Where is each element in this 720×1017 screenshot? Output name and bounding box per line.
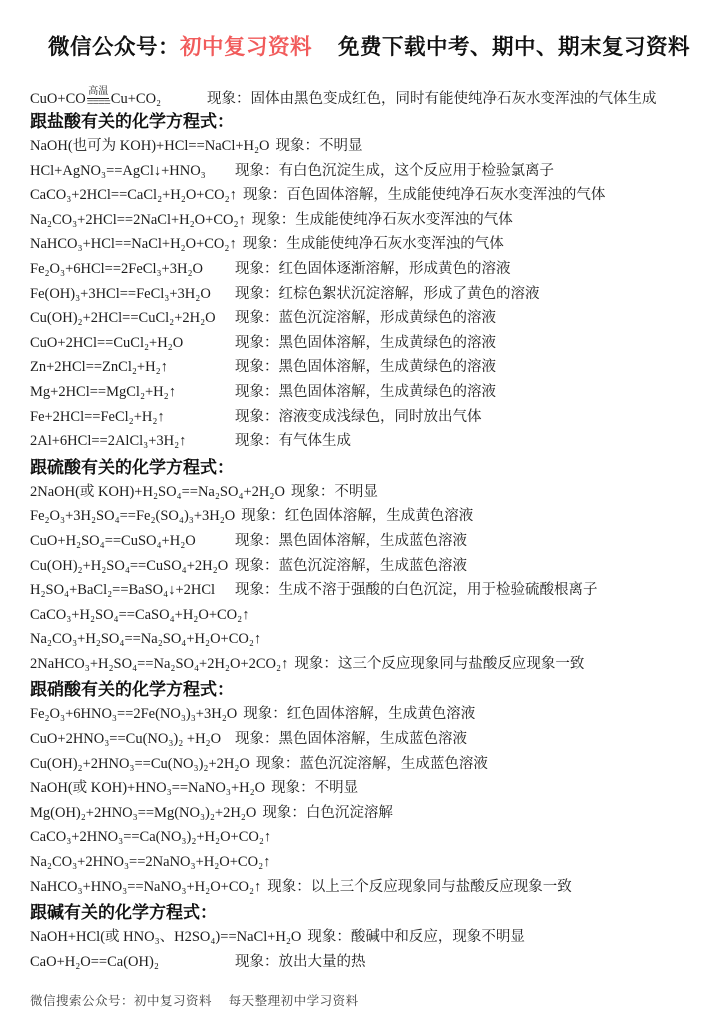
equation: Na₂CO₃+H₂SO₄==Na₂SO₄+H₂O+CO₂↑	[30, 627, 267, 652]
phenomenon: 现象：红色固体溶解，生成黄色溶液	[243, 702, 475, 727]
header-prefix: 微信公众号：	[48, 30, 180, 61]
phenomenon: 现象：黑色固体溶解，生成蓝色溶液	[235, 727, 467, 752]
equation-line-intro: CuO+CO高温====Cu+CO₂ 现象：固体由黑色变成红色，同时有能使纯净石…	[30, 74, 694, 108]
phenomenon: 现象：黑色固体溶解，生成黄绿色的溶液	[235, 331, 496, 356]
equation-line: NaHCO₃+HNO₃==NaNO₃+H₂O+CO₂↑ 现象：以上三个反应现象同…	[30, 875, 694, 900]
phenomenon: 现象：固体由黑色变成红色，同时有能使纯净石灰水变浑浊的气体生成	[207, 87, 657, 108]
equation-line: NaHCO₃+HCl==NaCl+H₂O+CO₂↑ 现象：生成能使纯净石灰水变浑…	[30, 232, 694, 257]
equation: NaOH(也可为 KOH)+HCl==NaCl+H₂O	[30, 134, 276, 159]
phenomenon: 现象：红色固体逐渐溶解，形成黄色的溶液	[235, 257, 511, 282]
phenomenon: 现象：有气体生成	[235, 429, 351, 454]
equation: Fe(OH)₃+3HCl==FeCl₃+3H₂O	[30, 282, 235, 307]
section-title-hno3: 跟硝酸有关的化学方程式：	[30, 677, 694, 702]
equation-line: 2NaHCO₃+H₂SO₄==Na₂SO₄+2H₂O+2CO₂↑ 现象：这三个反…	[30, 652, 694, 677]
equation-line: Mg+2HCl==MgCl₂+H₂↑ 现象：黑色固体溶解，生成黄绿色的溶液	[30, 380, 694, 405]
phenomenon: 现象：黑色固体溶解，生成蓝色溶液	[235, 529, 467, 554]
equation: Na₂CO₃+2HNO₃==2NaNO₃+H₂O+CO₂↑	[30, 850, 276, 875]
phenomenon: 现象：百色固体溶解，生成能使纯净石灰水变浑浊的气体	[243, 183, 606, 208]
equation-line: Zn+2HCl==ZnCl₂+H₂↑ 现象：黑色固体溶解，生成黄绿色的溶液	[30, 355, 694, 380]
phenomenon: 现象：生成能使纯净石灰水变浑浊的气体	[252, 208, 513, 233]
phenomenon: 现象：不明显	[271, 776, 358, 801]
equation: 2Al+6HCl==2AlCl₃+3H₂↑	[30, 429, 235, 454]
brand-name: 初中复习资料	[180, 30, 312, 61]
section-title-hcl: 跟盐酸有关的化学方程式：	[30, 109, 694, 134]
equation: Fe₂O₃+6HCl==2FeCl₃+3H₂O	[30, 257, 235, 282]
equation: H₂SO₄+BaCl₂==BaSO₄↓+2HCl	[30, 578, 235, 603]
equation-line: Cu(OH)₂+2HCl==CuCl₂+2H₂O 现象：蓝色沉淀溶解，形成黄绿色…	[30, 306, 694, 331]
equation-line: Fe₂O₃+3H₂SO₄==Fe₂(SO₄)₃+3H₂O 现象：红色固体溶解，生…	[30, 504, 694, 529]
equation: CuO+2HCl==CuCl₂+H₂O	[30, 331, 235, 356]
phenomenon: 现象：不明显	[276, 134, 363, 159]
phenomenon: 现象：生成能使纯净石灰水变浑浊的气体	[243, 232, 504, 257]
equation-line: CuO+2HCl==CuCl₂+H₂O 现象：黑色固体溶解，生成黄绿色的溶液	[30, 331, 694, 356]
equation: HCl+AgNO₃==AgCl↓+HNO₃	[30, 159, 235, 184]
footer-note: 微信搜索公众号：初中复习资料 每天整理初中学习资料	[30, 991, 694, 1009]
phenomenon: 现象：生成不溶于强酸的白色沉淀，用于检验硫酸根离子	[235, 578, 598, 603]
equation-line: 2NaOH(或 KOH)+H₂SO₄==Na₂SO₄+2H₂O 现象：不明显	[30, 480, 694, 505]
equation: CaCO₃+2HNO₃==Ca(NO₃)₂+H₂O+CO₂↑	[30, 825, 277, 850]
equals-sign: ====	[87, 96, 110, 108]
equation: CuO+H₂SO₄==CuSO₄+H₂O	[30, 529, 235, 554]
equation-line: Mg(OH)₂+2HNO₃==Mg(NO₃)₂+2H₂O 现象：白色沉淀溶解	[30, 801, 694, 826]
equation: Zn+2HCl==ZnCl₂+H₂↑	[30, 355, 235, 380]
equation-line: Na₂CO₃+H₂SO₄==Na₂SO₄+H₂O+CO₂↑	[30, 627, 694, 652]
equation: Cu(OH)₂+2HCl==CuCl₂+2H₂O	[30, 306, 235, 331]
section-title-h2so4: 跟硫酸有关的化学方程式：	[30, 455, 694, 480]
phenomenon: 现象：红棕色絮状沉淀溶解，形成了黄色的溶液	[235, 282, 540, 307]
equation-line: CuO+2HNO₃==Cu(NO₃)₂ +H₂O 现象：黑色固体溶解，生成蓝色溶…	[30, 727, 694, 752]
equation-line: Fe₂O₃+6HCl==2FeCl₃+3H₂O 现象：红色固体逐渐溶解，形成黄色…	[30, 257, 694, 282]
equation: Fe₂O₃+6HNO₃==2Fe(NO₃)₃+3H₂O	[30, 702, 243, 727]
equation: NaOH+HCl(或 HNO₃、H2SO₄)==NaCl+H₂O	[30, 925, 307, 950]
phenomenon: 现象：以上三个反应现象同与盐酸反应现象一致	[267, 875, 572, 900]
phenomenon: 现象：蓝色沉淀溶解，形成黄绿色的溶液	[235, 306, 496, 331]
equation-line: Na₂CO₃+2HCl==2NaCl+H₂O+CO₂↑ 现象：生成能使纯净石灰水…	[30, 208, 694, 233]
equation: 2NaHCO₃+H₂SO₄==Na₂SO₄+2H₂O+2CO₂↑	[30, 652, 294, 677]
equation: NaHCO₃+HNO₃==NaNO₃+H₂O+CO₂↑	[30, 875, 267, 900]
equation-line: H₂SO₄+BaCl₂==BaSO₄↓+2HCl 现象：生成不溶于强酸的白色沉淀…	[30, 578, 694, 603]
equation-line: CuO+H₂SO₄==CuSO₄+H₂O 现象：黑色固体溶解，生成蓝色溶液	[30, 529, 694, 554]
header-right-text: 免费下载中考、期中、期末复习资料	[338, 30, 690, 61]
equation: CaCO₃+H₂SO₄==CaSO₄+H₂O+CO₂↑	[30, 603, 255, 628]
document-page: 微信公众号：初中复习资料 免费下载中考、期中、期末复习资料 CuO+CO高温==…	[0, 0, 720, 1017]
phenomenon: 现象：白色沉淀溶解	[262, 801, 393, 826]
equation-line: HCl+AgNO₃==AgCl↓+HNO₃ 现象：有白色沉淀生成，这个反应用于检…	[30, 159, 694, 184]
equation: CuO+CO高温====Cu+CO₂	[30, 87, 207, 108]
equation: CaCO₃+2HCl==CaCl₂+H₂O+CO₂↑	[30, 183, 243, 208]
equation: Na₂CO₃+2HCl==2NaCl+H₂O+CO₂↑	[30, 208, 252, 233]
equation-line: NaOH(也可为 KOH)+HCl==NaCl+H₂O 现象：不明显	[30, 134, 694, 159]
equation: Cu(OH)₂+H₂SO₄==CuSO₄+2H₂O	[30, 554, 235, 579]
equation: NaHCO₃+HCl==NaCl+H₂O+CO₂↑	[30, 232, 243, 257]
equation-line: Fe+2HCl==FeCl₂+H₂↑ 现象：溶液变成浅绿色，同时放出气体	[30, 405, 694, 430]
phenomenon: 现象：这三个反应现象同与盐酸反应现象一致	[294, 652, 584, 677]
equation-line: CaCO₃+H₂SO₄==CaSO₄+H₂O+CO₂↑	[30, 603, 694, 628]
equation: Mg(OH)₂+2HNO₃==Mg(NO₃)₂+2H₂O	[30, 801, 262, 826]
phenomenon: 现象：黑色固体溶解，生成黄绿色的溶液	[235, 380, 496, 405]
equation-line: NaOH(或 KOH)+HNO₃==NaNO₃+H₂O 现象：不明显	[30, 776, 694, 801]
phenomenon: 现象：溶液变成浅绿色，同时放出气体	[235, 405, 482, 430]
equation-line: Cu(OH)₂+2HNO₃==Cu(NO₃)₂+2H₂O 现象：蓝色沉淀溶解，生…	[30, 752, 694, 777]
equation-line: CaCO₃+2HNO₃==Ca(NO₃)₂+H₂O+CO₂↑	[30, 825, 694, 850]
phenomenon: 现象：放出大量的热	[235, 950, 366, 975]
promo-header: 微信公众号：初中复习资料 免费下载中考、期中、期末复习资料	[30, 30, 694, 58]
equation: Cu(OH)₂+2HNO₃==Cu(NO₃)₂+2H₂O	[30, 752, 256, 777]
phenomenon: 现象：蓝色沉淀溶解，生成蓝色溶液	[235, 554, 467, 579]
equation-left: CuO+CO	[30, 91, 86, 108]
equation-line: Fe(OH)₃+3HCl==FeCl₃+3H₂O 现象：红棕色絮状沉淀溶解，形成…	[30, 282, 694, 307]
equation-line: Na₂CO₃+2HNO₃==2NaNO₃+H₂O+CO₂↑	[30, 850, 694, 875]
equation-line: NaOH+HCl(或 HNO₃、H2SO₄)==NaCl+H₂O 现象：酸碱中和…	[30, 925, 694, 950]
phenomenon: 现象：不明显	[291, 480, 378, 505]
phenomenon: 现象：有白色沉淀生成，这个反应用于检验氯离子	[235, 159, 554, 184]
phenomenon: 现象：黑色固体溶解，生成黄绿色的溶液	[235, 355, 496, 380]
equation-line: CaO+H₂O==Ca(OH)₂ 现象：放出大量的热	[30, 950, 694, 975]
phenomenon: 现象：红色固体溶解，生成黄色溶液	[241, 504, 473, 529]
equation: CaO+H₂O==Ca(OH)₂	[30, 950, 235, 975]
equation-right: Cu+CO₂	[111, 91, 161, 108]
equation-line: 2Al+6HCl==2AlCl₃+3H₂↑ 现象：有气体生成	[30, 429, 694, 454]
equation: Fe₂O₃+3H₂SO₄==Fe₂(SO₄)₃+3H₂O	[30, 504, 241, 529]
phenomenon: 现象：酸碱中和反应，现象不明显	[307, 925, 525, 950]
equation: Fe+2HCl==FeCl₂+H₂↑	[30, 405, 235, 430]
reaction-condition: 高温====	[87, 87, 110, 108]
equation: 2NaOH(或 KOH)+H₂SO₄==Na₂SO₄+2H₂O	[30, 480, 291, 505]
section-title-base: 跟碱有关的化学方程式：	[30, 900, 694, 925]
equation: Mg+2HCl==MgCl₂+H₂↑	[30, 380, 235, 405]
phenomenon: 现象：蓝色沉淀溶解，生成蓝色溶液	[256, 752, 488, 777]
equation-line: CaCO₃+2HCl==CaCl₂+H₂O+CO₂↑ 现象：百色固体溶解，生成能…	[30, 183, 694, 208]
equation-line: Cu(OH)₂+H₂SO₄==CuSO₄+2H₂O 现象：蓝色沉淀溶解，生成蓝色…	[30, 554, 694, 579]
equation-line: Fe₂O₃+6HNO₃==2Fe(NO₃)₃+3H₂O 现象：红色固体溶解，生成…	[30, 702, 694, 727]
equation: NaOH(或 KOH)+HNO₃==NaNO₃+H₂O	[30, 776, 271, 801]
equation: CuO+2HNO₃==Cu(NO₃)₂ +H₂O	[30, 727, 235, 752]
